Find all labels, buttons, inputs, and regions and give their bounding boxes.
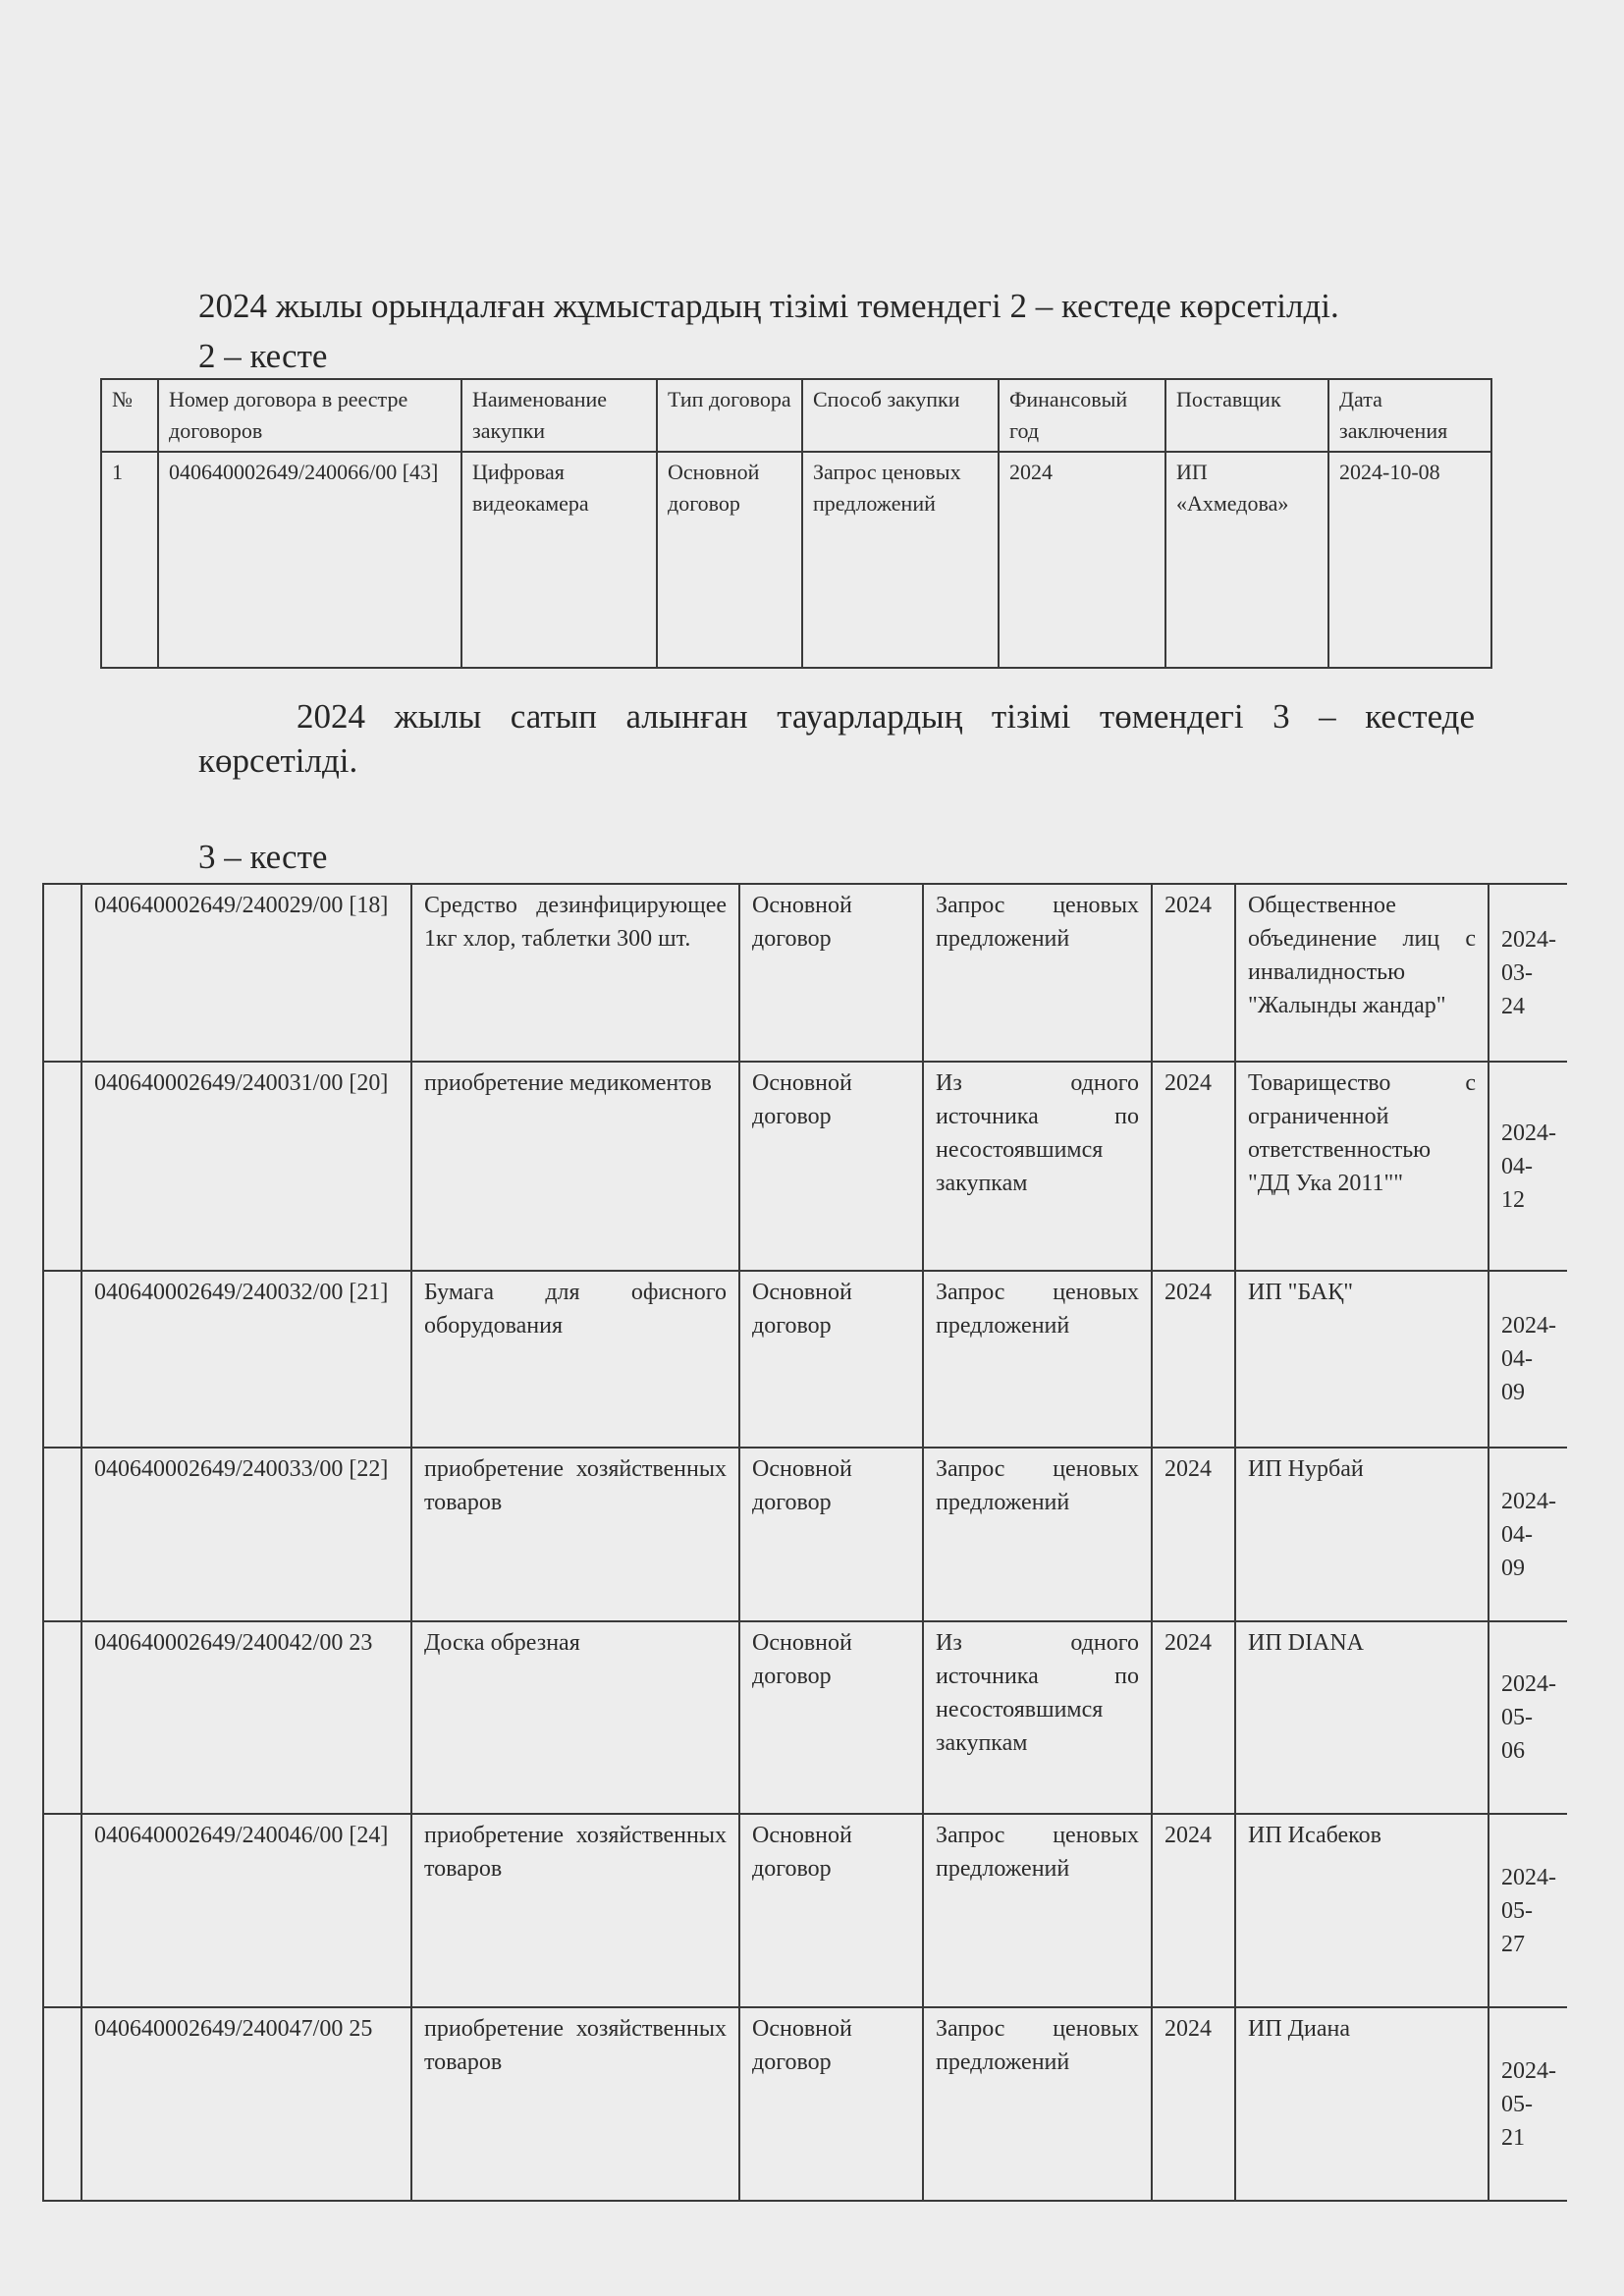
cell-number (43, 884, 81, 1062)
header-contract-type: Тип договора (657, 379, 802, 452)
table-row: 040640002649/240031/00 [20] приобретение… (43, 1062, 1567, 1271)
cell-conclusion-date: 2024-10-08 (1328, 452, 1491, 668)
table-row: 040640002649/240032/00 [21] Бумага для о… (43, 1271, 1567, 1448)
cell-contract-number: 040640002649/240029/00 [18] (81, 884, 411, 1062)
cell-purchase-method: Запрос ценовых предложений (923, 1448, 1152, 1621)
cell-conclusion-date: 2024-03-24 (1489, 884, 1567, 1062)
cell-supplier: ИП "БАҚ" (1235, 1271, 1489, 1448)
cell-contract-number: 040640002649/240042/00 23 (81, 1621, 411, 1814)
cell-conclusion-date: 2024-04-09 (1489, 1448, 1567, 1621)
cell-contract-type: Основной договор (739, 1062, 923, 1271)
header-supplier: Поставщик (1165, 379, 1328, 452)
table-row: 1 040640002649/240066/00 [43] Цифровая в… (101, 452, 1491, 668)
cell-conclusion-date: 2024-04-12 (1489, 1062, 1567, 1271)
header-financial-year: Финансовый год (999, 379, 1165, 452)
cell-number (43, 1448, 81, 1621)
cell-supplier: ИП «Ахмедова» (1165, 452, 1328, 668)
cell-purchase-name: Бумага для офисного оборудования (411, 1271, 739, 1448)
cell-contract-type: Основной договор (739, 1271, 923, 1448)
cell-supplier: Товарищество с ограниченной ответственно… (1235, 1062, 1489, 1271)
cell-supplier: ИП DIANA (1235, 1621, 1489, 1814)
cell-financial-year: 2024 (1152, 1621, 1235, 1814)
table3-intro-line1: 2024 жылы сатып алынған тауарлардың тізі… (198, 694, 1475, 738)
cell-supplier: ИП Нурбай (1235, 1448, 1489, 1621)
cell-purchase-name: Доска обрезная (411, 1621, 739, 1814)
cell-contract-number: 040640002649/240031/00 [20] (81, 1062, 411, 1271)
header-contract-number: Номер договора в реестре договоров (158, 379, 461, 452)
table3-intro-paragraph: 2024 жылы сатып алынған тауарлардың тізі… (198, 694, 1475, 783)
cell-financial-year: 2024 (1152, 1448, 1235, 1621)
cell-purchase-name: приобретение хозяйственных товаров (411, 1448, 739, 1621)
table-row: 040640002649/240046/00 [24] приобретение… (43, 1814, 1567, 2007)
cell-number (43, 1814, 81, 2007)
cell-number: 1 (101, 452, 158, 668)
cell-contract-type: Основной договор (739, 1814, 923, 2007)
table-row: 040640002649/240047/00 25 приобретение х… (43, 2007, 1567, 2201)
cell-contract-type: Основной договор (739, 884, 923, 1062)
cell-conclusion-date: 2024-05-06 (1489, 1621, 1567, 1814)
cell-contract-type: Основной договор (739, 1621, 923, 1814)
completed-works-table: № Номер договора в реестре договоров Наи… (100, 378, 1492, 669)
cell-number (43, 1271, 81, 1448)
cell-conclusion-date: 2024-05-21 (1489, 2007, 1567, 2201)
cell-contract-number: 040640002649/240046/00 [24] (81, 1814, 411, 2007)
cell-purchase-name: Цифровая видеокамера (461, 452, 657, 668)
cell-number (43, 1062, 81, 1271)
table2-intro-paragraph: 2024 жылы орындалған жұмыстардың тізімі … (198, 284, 1339, 328)
cell-contract-type: Основной договор (739, 2007, 923, 2201)
header-purchase-method: Способ закупки (802, 379, 999, 452)
cell-financial-year: 2024 (1152, 884, 1235, 1062)
cell-purchase-method: Запрос ценовых предложений (923, 1814, 1152, 2007)
cell-financial-year: 2024 (1152, 1062, 1235, 1271)
cell-purchase-method: Запрос ценовых предложений (923, 2007, 1152, 2201)
cell-contract-number: 040640002649/240047/00 25 (81, 2007, 411, 2201)
cell-number (43, 2007, 81, 2201)
cell-supplier: Общественное объединение лиц с инвалидно… (1235, 884, 1489, 1062)
table3-caption: 3 – кесте (198, 835, 327, 879)
cell-contract-type: Основной договор (739, 1448, 923, 1621)
cell-purchase-name: приобретение хозяйственных товаров (411, 2007, 739, 2201)
table2-caption: 2 – кесте (198, 334, 327, 378)
cell-purchase-method: Запрос ценовых предложений (802, 452, 999, 668)
cell-purchase-method: Из одного источника по несостоявшимся за… (923, 1062, 1152, 1271)
table3-intro-line2: көрсетілді. (198, 741, 357, 780)
cell-purchase-method: Запрос ценовых предложений (923, 884, 1152, 1062)
purchased-goods-table: 040640002649/240029/00 [18] Средство дез… (42, 883, 1567, 2202)
cell-contract-type: Основной договор (657, 452, 802, 668)
cell-purchase-method: Из одного источника по несостоявшимся за… (923, 1621, 1152, 1814)
table-row: 040640002649/240042/00 23 Доска обрезная… (43, 1621, 1567, 1814)
header-conclusion-date: Дата заключения (1328, 379, 1491, 452)
cell-number (43, 1621, 81, 1814)
cell-financial-year: 2024 (1152, 1814, 1235, 2007)
cell-contract-number: 040640002649/240032/00 [21] (81, 1271, 411, 1448)
cell-contract-number: 040640002649/240033/00 [22] (81, 1448, 411, 1621)
table-row: 040640002649/240029/00 [18] Средство дез… (43, 884, 1567, 1062)
cell-contract-number: 040640002649/240066/00 [43] (158, 452, 461, 668)
cell-supplier: ИП Исабеков (1235, 1814, 1489, 2007)
header-number: № (101, 379, 158, 452)
table-row: 040640002649/240033/00 [22] приобретение… (43, 1448, 1567, 1621)
table-header-row: № Номер договора в реестре договоров Наи… (101, 379, 1491, 452)
cell-purchase-name: Средство дезинфицирующее 1кг хлор, табле… (411, 884, 739, 1062)
cell-supplier: ИП Диана (1235, 2007, 1489, 2201)
cell-financial-year: 2024 (1152, 2007, 1235, 2201)
cell-conclusion-date: 2024-05-27 (1489, 1814, 1567, 2007)
cell-financial-year: 2024 (999, 452, 1165, 668)
cell-purchase-method: Запрос ценовых предложений (923, 1271, 1152, 1448)
cell-purchase-name: приобретение хозяйственных товаров (411, 1814, 739, 2007)
header-purchase-name: Наименование закупки (461, 379, 657, 452)
cell-purchase-name: приобретение медикоментов (411, 1062, 739, 1271)
cell-financial-year: 2024 (1152, 1271, 1235, 1448)
cell-conclusion-date: 2024-04-09 (1489, 1271, 1567, 1448)
